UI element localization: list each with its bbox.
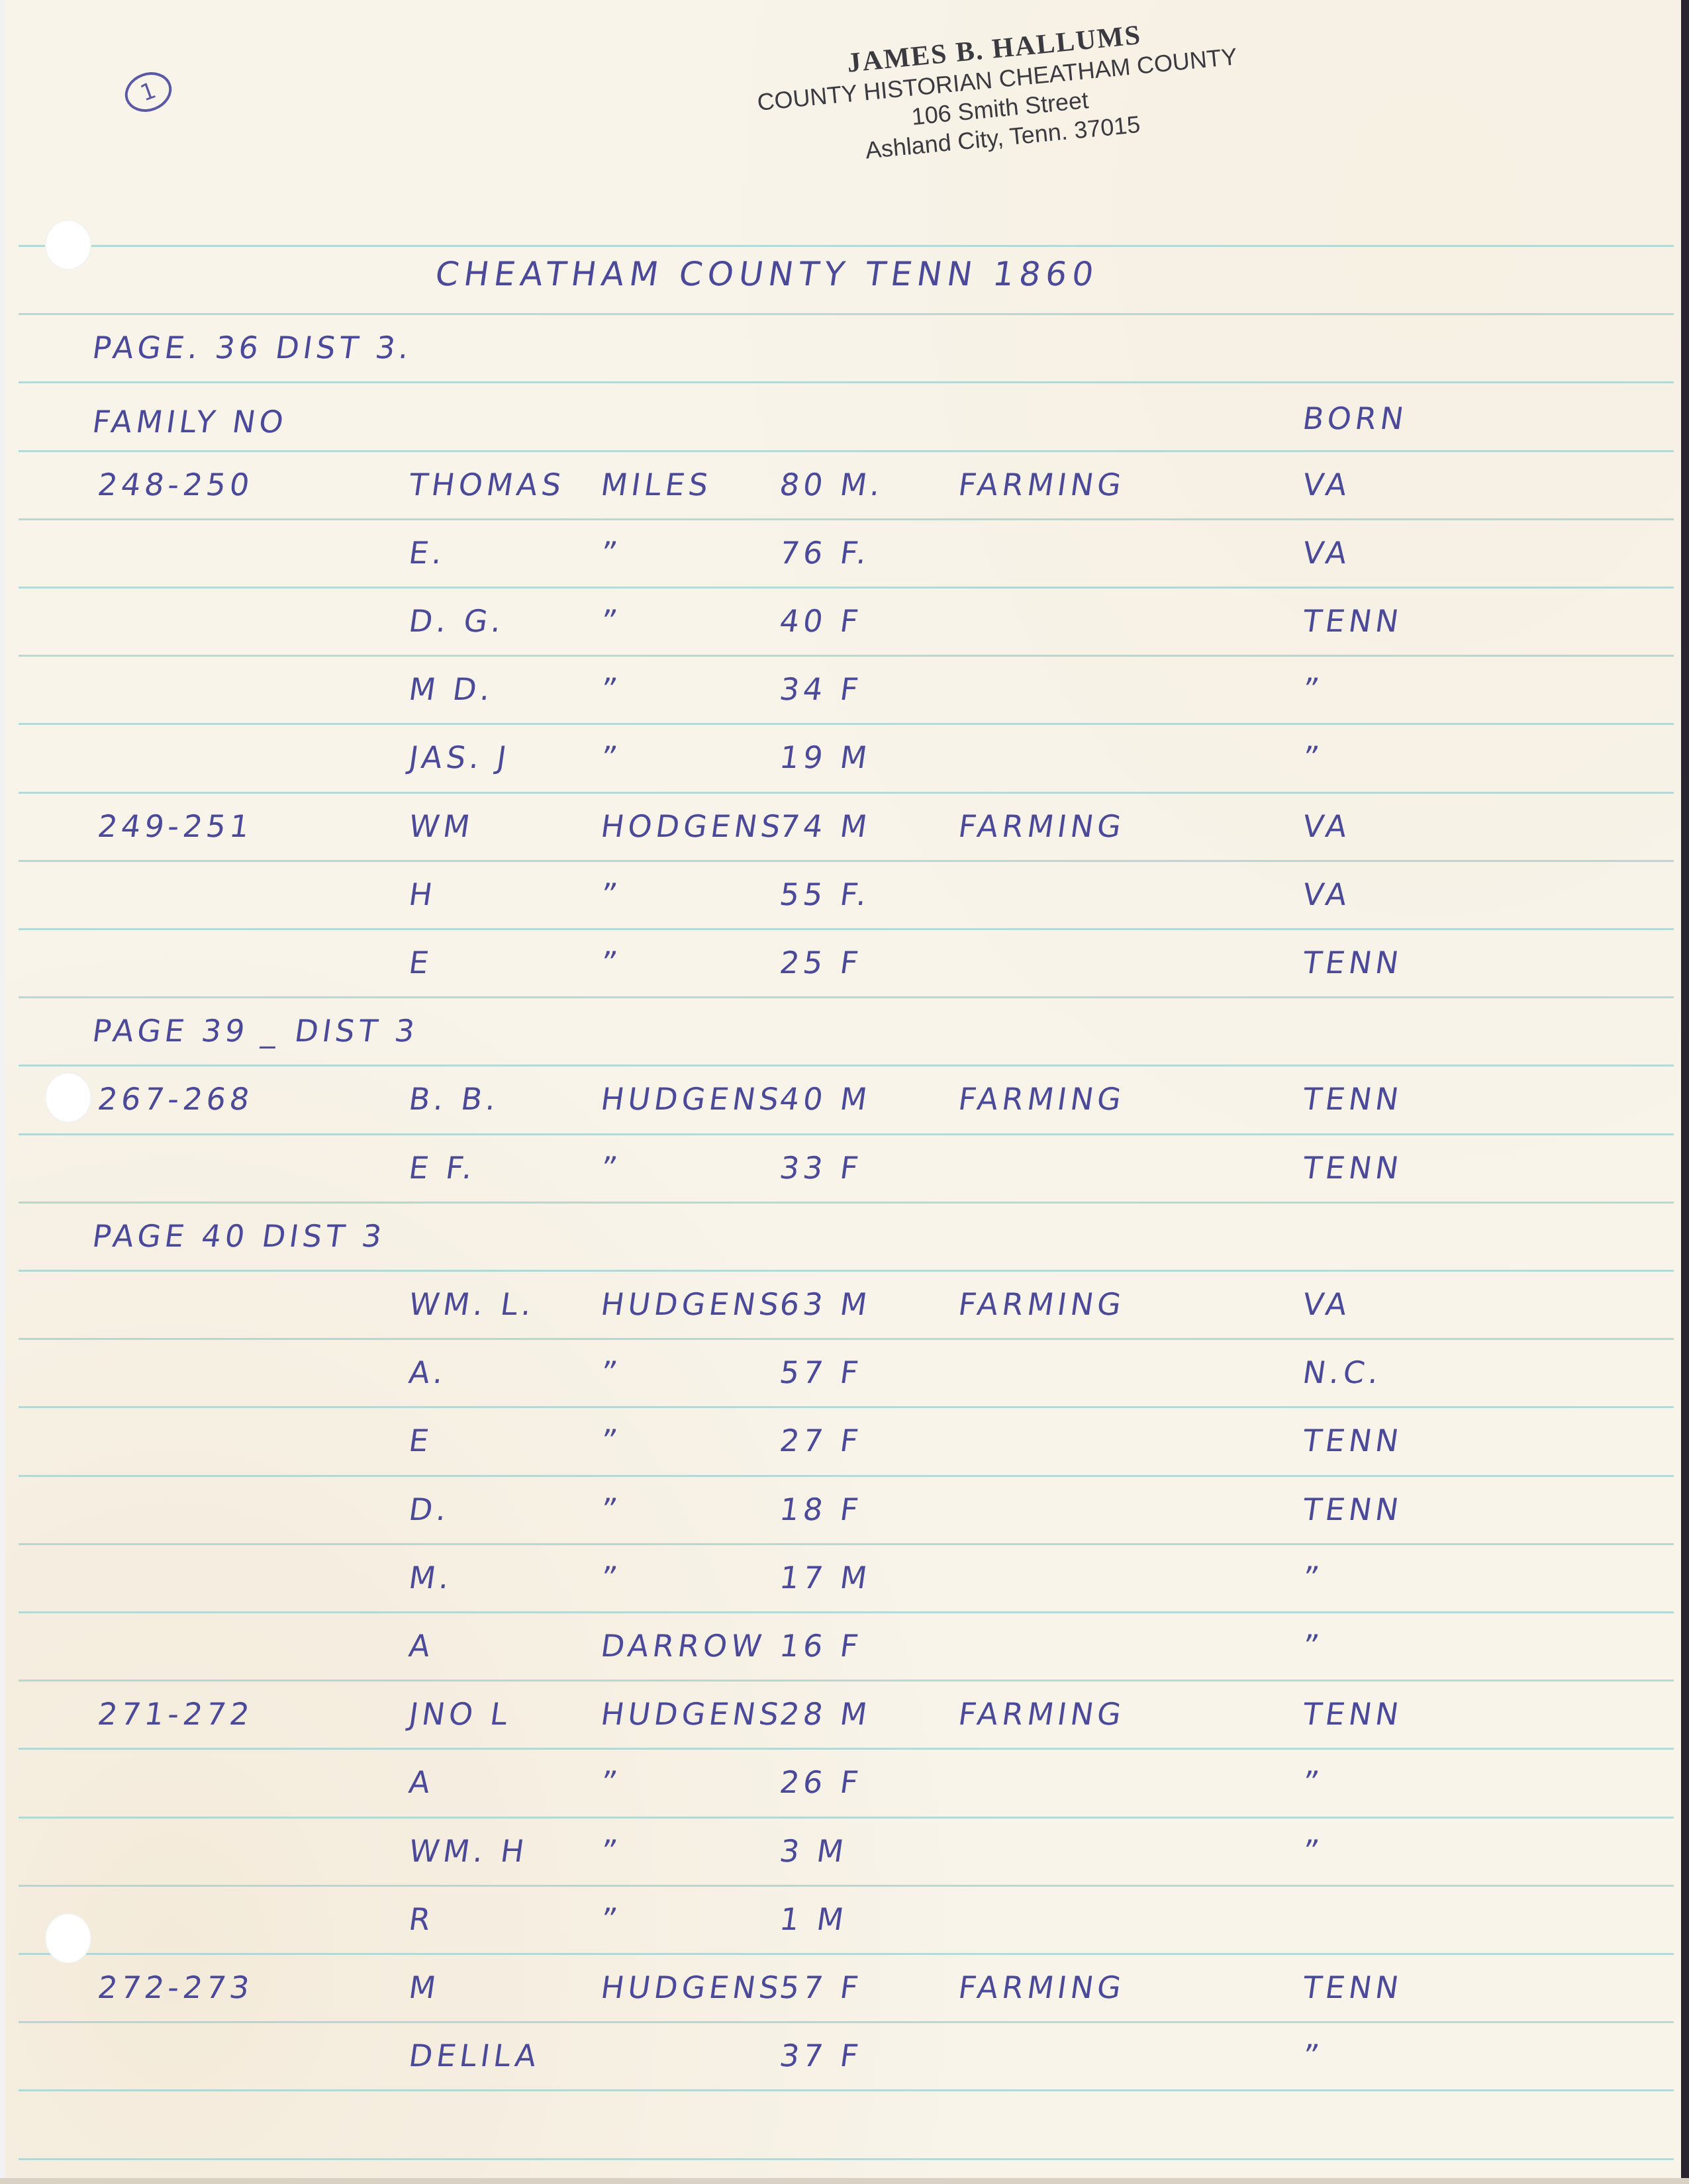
family-number: 271-272 — [95, 1696, 256, 1732]
given-name: JNO L — [407, 1696, 514, 1732]
given-name: JAS. J — [407, 739, 512, 775]
family-number: 272-273 — [95, 1970, 256, 2005]
age-sex: 37 F — [777, 2038, 864, 2073]
birthplace: TENN — [1300, 1423, 1405, 1458]
ruled-line — [19, 2158, 1674, 2160]
occupation: FARMING — [956, 808, 1128, 844]
section-heading: PAGE 39 _ DIST 3 — [90, 1013, 420, 1049]
ruled-line — [19, 313, 1674, 315]
ruled-line — [19, 928, 1674, 930]
birthplace: ” — [1300, 1560, 1325, 1595]
age-sex: 74 M — [777, 808, 873, 844]
birthplace: VA — [1300, 877, 1353, 912]
surname: ” — [599, 1354, 623, 1390]
surname: HUDGENS — [599, 1970, 785, 2005]
age-sex: 40 M — [777, 1081, 873, 1117]
ruled-line — [19, 1953, 1674, 1955]
birthplace: TENN — [1300, 1696, 1405, 1732]
age-sex: 57 F — [777, 1970, 864, 2005]
ruled-line — [19, 1065, 1674, 1067]
ruled-line — [19, 1885, 1674, 1887]
given-name: H — [407, 877, 438, 912]
birthplace: TENN — [1300, 1492, 1405, 1527]
ruled-line — [19, 1748, 1674, 1750]
ruled-line — [19, 2089, 1674, 2091]
given-name: E F. — [407, 1150, 479, 1186]
surname: HUDGENS — [599, 1286, 785, 1322]
surname: ” — [599, 945, 623, 980]
surname: DARROW — [599, 1628, 767, 1664]
age-sex: 26 F — [777, 1764, 864, 1800]
ruled-line — [19, 1202, 1674, 1204]
ruled-line — [19, 450, 1674, 452]
ruled-line — [19, 996, 1674, 998]
header-born: BORN — [1300, 401, 1410, 436]
surname: ” — [599, 1833, 623, 1869]
given-name: D. G. — [407, 603, 508, 639]
birthplace: VA — [1300, 535, 1353, 571]
ruled-line — [19, 1611, 1674, 1613]
given-name: B. B. — [407, 1081, 503, 1117]
punch-hole-top — [45, 220, 91, 270]
scan-bottom-edge — [0, 2178, 1689, 2184]
ruled-line — [19, 245, 1674, 247]
surname: ” — [599, 739, 623, 775]
ruled-line — [19, 723, 1674, 725]
given-name: D. — [407, 1492, 453, 1527]
birthplace: ” — [1300, 2038, 1325, 2073]
birthplace: ” — [1300, 1833, 1325, 1869]
birthplace: ” — [1300, 1764, 1325, 1800]
surname: ” — [599, 1764, 623, 1800]
section-heading: PAGE. 36 DIST 3. — [90, 330, 415, 365]
surname: ” — [599, 671, 623, 707]
punch-hole-middle — [45, 1072, 91, 1123]
age-sex: 76 F. — [777, 535, 873, 571]
occupation: FARMING — [956, 1286, 1128, 1322]
given-name: A. — [407, 1354, 450, 1390]
age-sex: 80 M. — [777, 467, 887, 502]
ruled-line — [19, 1543, 1674, 1545]
given-name: E — [407, 945, 435, 980]
scan-left-edge — [0, 0, 5, 2184]
surname: ” — [599, 1423, 623, 1458]
occupation: FARMING — [956, 1696, 1128, 1732]
punch-hole-bottom — [45, 1913, 91, 1964]
birthplace: N.C. — [1300, 1354, 1384, 1390]
surname: ” — [599, 535, 623, 571]
given-name: WM — [407, 808, 476, 844]
age-sex: 34 F — [777, 671, 864, 707]
given-name: A — [407, 1628, 436, 1664]
surname: HUDGENS — [599, 1081, 785, 1117]
given-name: DELILA — [407, 2038, 542, 2073]
given-name: THOMAS — [407, 467, 567, 502]
birthplace: ” — [1300, 739, 1325, 775]
ruled-line — [19, 860, 1674, 862]
age-sex: 18 F — [777, 1492, 864, 1527]
given-name: E — [407, 1423, 435, 1458]
age-sex: 55 F. — [777, 877, 873, 912]
birthplace: VA — [1300, 467, 1353, 502]
given-name: M — [407, 1970, 442, 2005]
surname: ” — [599, 1492, 623, 1527]
ruled-line — [19, 1133, 1674, 1135]
occupation: FARMING — [956, 1970, 1128, 2005]
age-sex: 17 M — [777, 1560, 873, 1595]
document-title: CHEATHAM COUNTY TENN 1860 — [433, 255, 1101, 293]
historian-stamp: JAMES B. HALLUMS COUNTY HISTORIAN CHEATH… — [689, 4, 1307, 181]
age-sex: 19 M — [777, 739, 873, 775]
notebook-page: 1 JAMES B. HALLUMS COUNTY HISTORIAN CHEA… — [5, 0, 1680, 2178]
age-sex: 40 F — [777, 603, 864, 639]
birthplace: VA — [1300, 808, 1353, 844]
occupation: FARMING — [956, 1081, 1128, 1117]
surname: HODGENS — [599, 808, 787, 844]
birthplace: TENN — [1300, 1150, 1405, 1186]
given-name: WM. L. — [407, 1286, 538, 1322]
given-name: M. — [407, 1560, 456, 1595]
given-name: R — [407, 1901, 437, 1937]
given-name: M D. — [407, 671, 497, 707]
surname: ” — [599, 1560, 623, 1595]
surname: ” — [599, 1150, 623, 1186]
ruled-line — [19, 1475, 1674, 1477]
age-sex: 25 F — [777, 945, 864, 980]
surname: MILES — [599, 467, 714, 502]
age-sex: 1 M — [777, 1901, 849, 1937]
surname: ” — [599, 1901, 623, 1937]
family-number: 249-251 — [95, 808, 256, 844]
age-sex: 3 M — [777, 1833, 849, 1869]
scan-right-edge — [1681, 0, 1689, 2184]
ruled-line — [19, 1817, 1674, 1819]
birthplace: TENN — [1300, 1081, 1405, 1117]
age-sex: 27 F — [777, 1423, 864, 1458]
given-name: E. — [407, 535, 448, 571]
ruled-line — [19, 655, 1674, 657]
birthplace: VA — [1300, 1286, 1353, 1322]
surname: ” — [599, 603, 623, 639]
ruled-line — [19, 2021, 1674, 2023]
section-heading: PAGE 40 DIST 3 — [90, 1218, 388, 1254]
ruled-line — [19, 1338, 1674, 1340]
birthplace: TENN — [1300, 945, 1405, 980]
birthplace: TENN — [1300, 603, 1405, 639]
ruled-line — [19, 381, 1674, 383]
age-sex: 28 M — [777, 1696, 873, 1732]
age-sex: 63 M — [777, 1286, 873, 1322]
surname: HUDGENS — [599, 1696, 785, 1732]
ruled-line — [19, 792, 1674, 794]
page-marker: 1 — [119, 66, 177, 118]
given-name: A — [407, 1764, 436, 1800]
given-name: WM. H — [407, 1833, 530, 1869]
ruled-line — [19, 1270, 1674, 1272]
birthplace: ” — [1300, 671, 1325, 707]
ruled-line — [19, 587, 1674, 589]
ruled-line — [19, 1680, 1674, 1682]
surname: ” — [599, 877, 623, 912]
family-number: 267-268 — [95, 1081, 256, 1117]
family-number: 248-250 — [95, 467, 256, 502]
occupation: FARMING — [956, 467, 1128, 502]
age-sex: 57 F — [777, 1354, 864, 1390]
ruled-line — [19, 1406, 1674, 1408]
age-sex: 16 F — [777, 1628, 864, 1664]
birthplace: ” — [1300, 1628, 1325, 1664]
ruled-line — [19, 518, 1674, 520]
header-family-no: FAMILY NO — [90, 404, 289, 440]
birthplace: TENN — [1300, 1970, 1405, 2005]
age-sex: 33 F — [777, 1150, 864, 1186]
